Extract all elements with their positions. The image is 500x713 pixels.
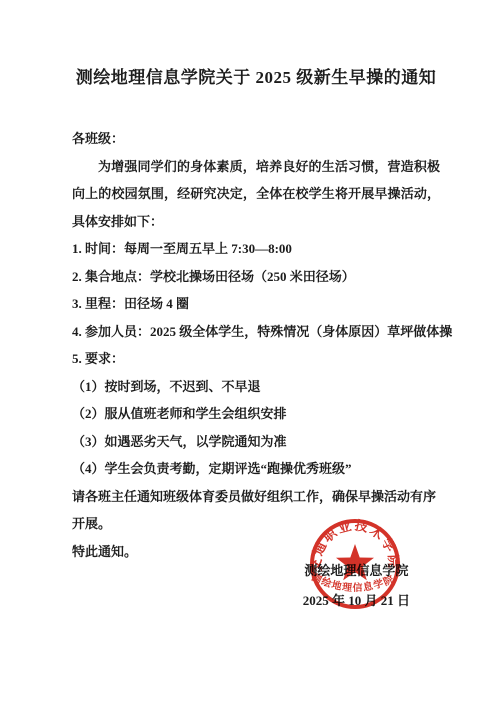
- list-item-location: 2. 集合地点：学校北操场田径场（250 米田径场）: [72, 263, 440, 291]
- notice-document: 测绘地理信息学院关于 2025 级新生早操的通知 各班级： 为增强同学们的身体素…: [0, 0, 500, 713]
- salutation: 各班级：: [72, 125, 440, 153]
- list-item-distance: 3. 里程：田径场 4 圈: [72, 290, 440, 318]
- requirement-item: （3）如遇恶劣天气，以学院通知为准: [72, 428, 440, 456]
- intro-paragraph: 为增强同学们的身体素质，培养良好的生活习惯，营造积极向上的校园氛围，经研究决定，…: [72, 153, 440, 236]
- list-item-participants: 4. 参加人员：2025 级全体学生，特殊情况（身体原因）草坪做体操: [72, 318, 440, 346]
- list-item-time: 1. 时间：每周一至周五早上 7:30—8:00: [72, 235, 440, 263]
- page-title: 测绘地理信息学院关于 2025 级新生早操的通知: [72, 64, 440, 92]
- signature-block: 测绘地理信息学院 2025 年 10 月 21 日: [303, 556, 410, 616]
- requirement-item: （4）学生会负责考勤，定期评选“跑操优秀班级”: [72, 455, 440, 483]
- requirement-item: （1）按时到场，不迟到、不早退: [72, 373, 440, 401]
- requirement-item: （2）服从值班老师和学生会组织安排: [72, 400, 440, 428]
- signature-date: 2025 年 10 月 21 日: [303, 586, 410, 616]
- list-item-requirements: 5. 要求：: [72, 345, 440, 373]
- closing-paragraph: 请各班主任通知班级体育委员做好组织工作，确保早操活动有序开展。: [72, 483, 440, 538]
- signature-org: 测绘地理信息学院: [303, 556, 410, 586]
- document-body: 测绘地理信息学院关于 2025 级新生早操的通知 各班级： 为增强同学们的身体素…: [72, 64, 440, 565]
